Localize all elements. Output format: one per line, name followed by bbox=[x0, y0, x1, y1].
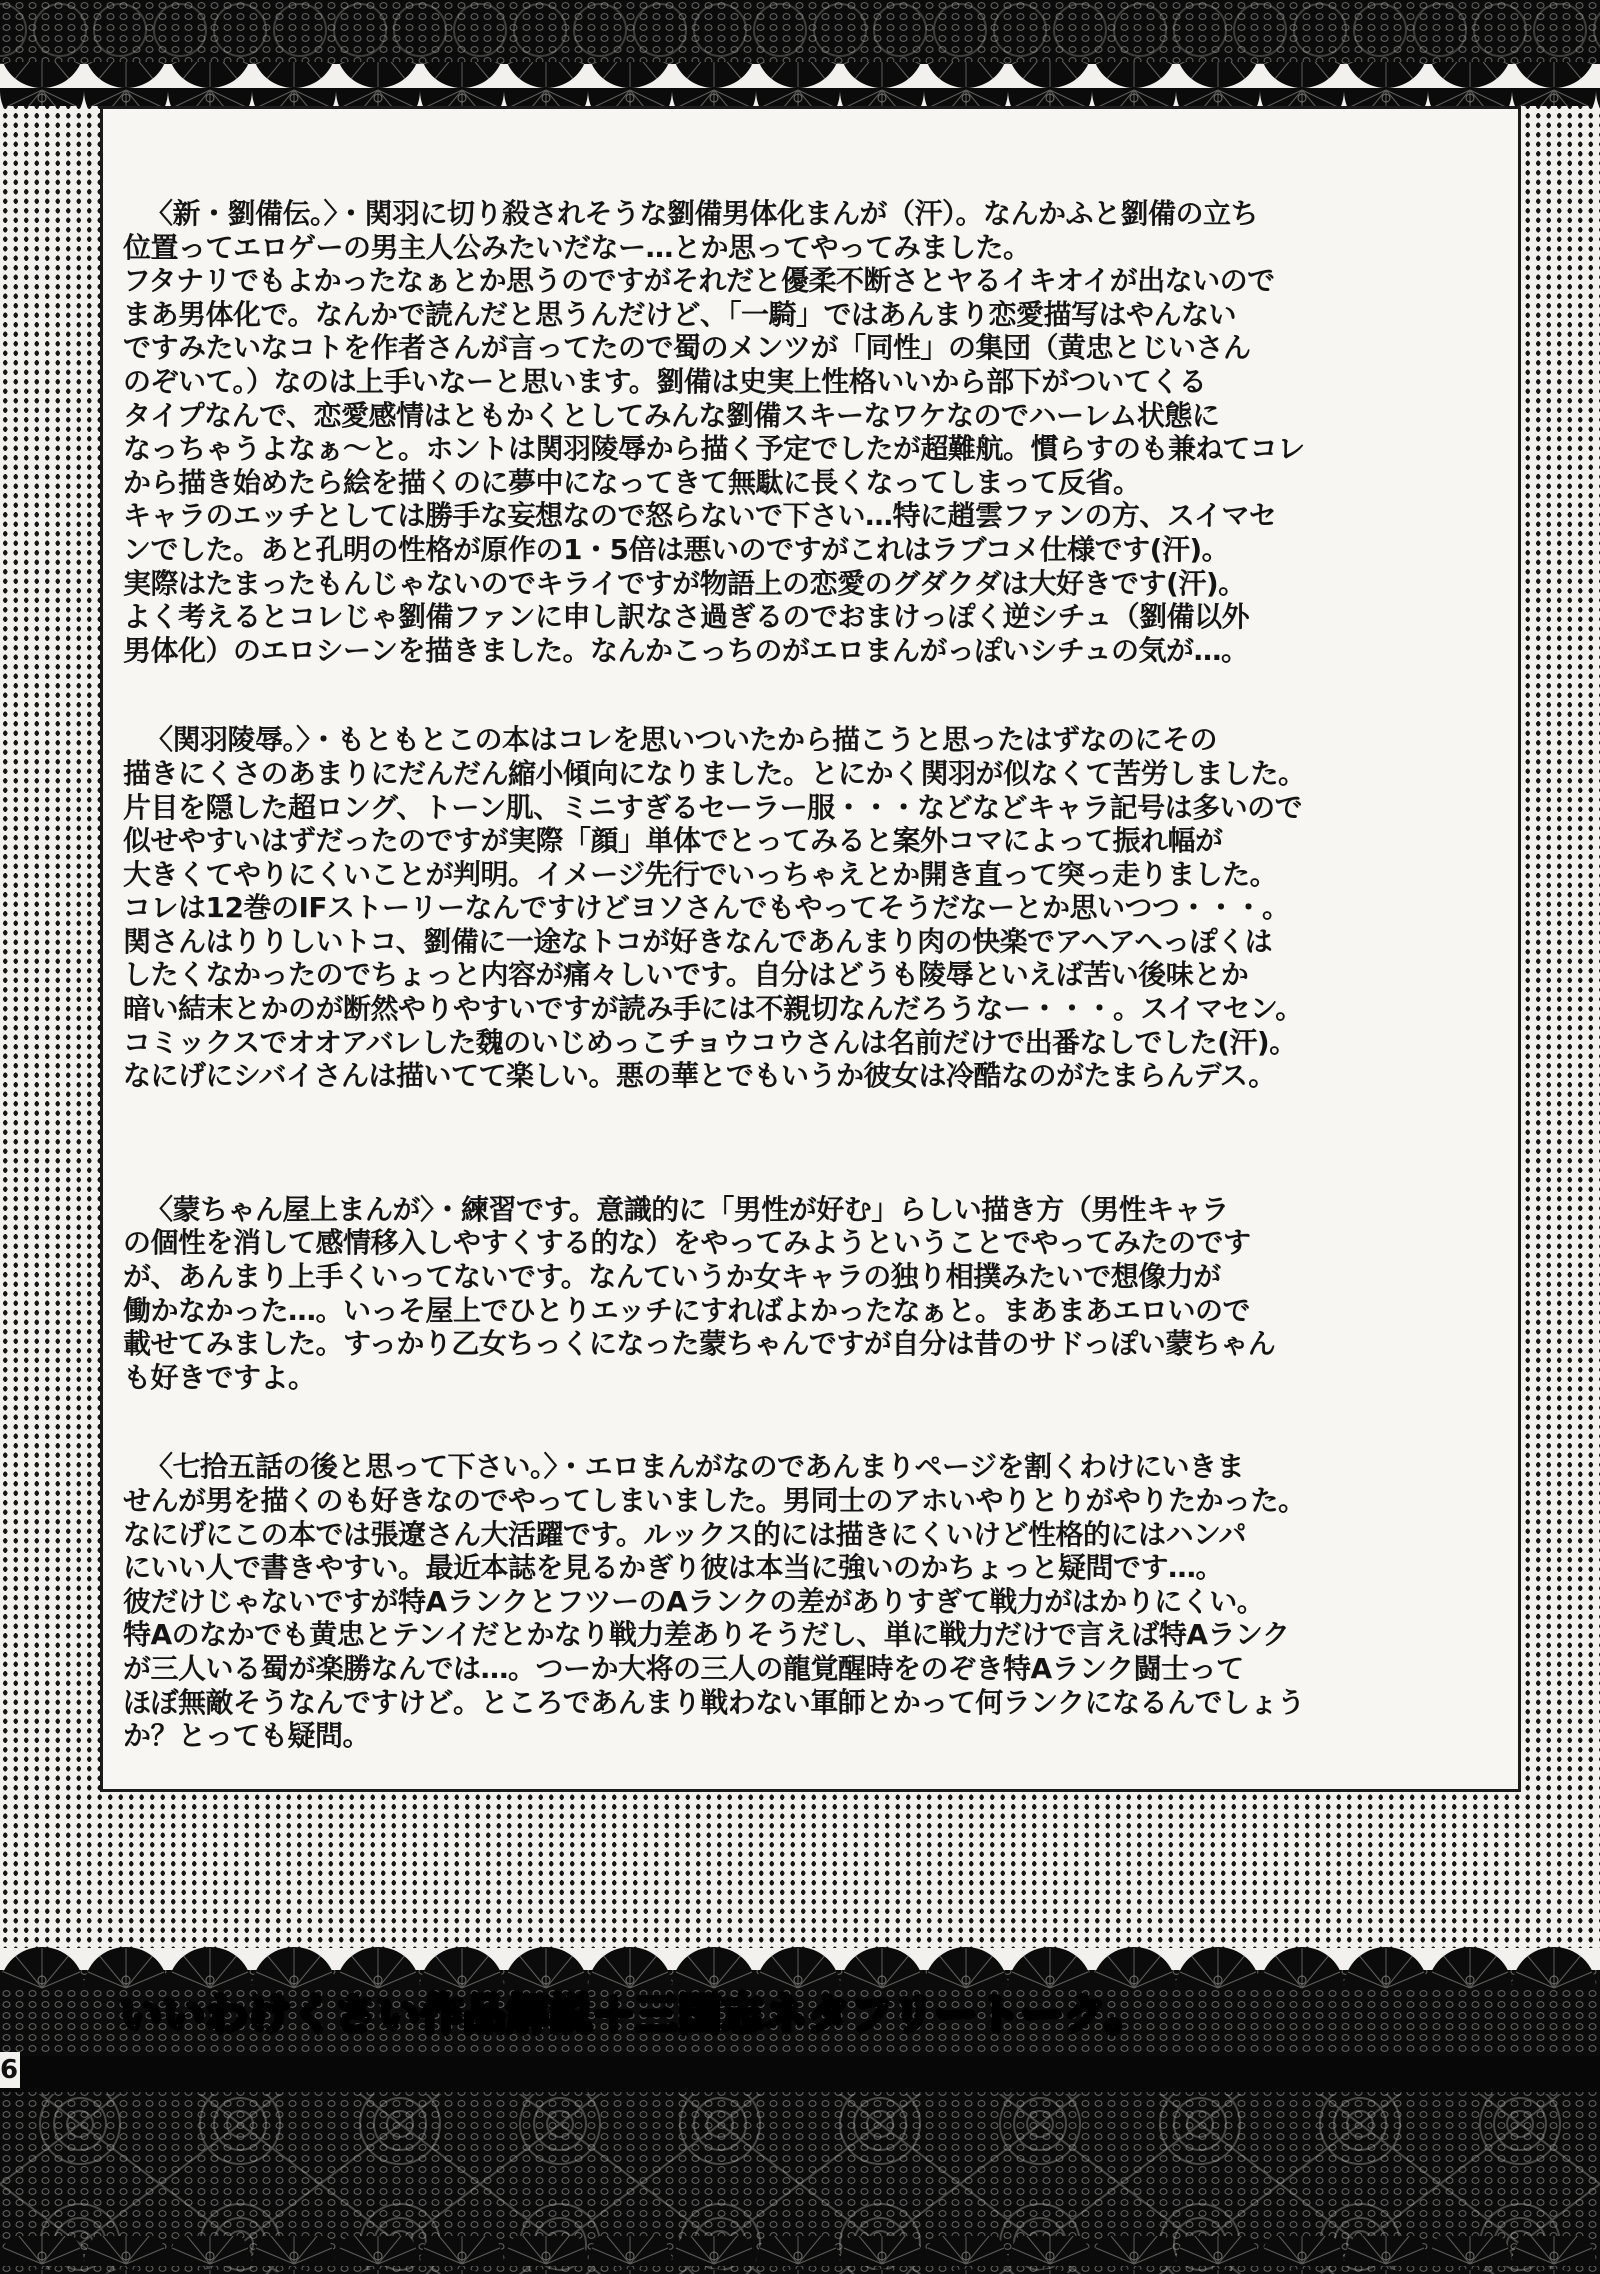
text-line: の個性を消して感情移入しやすくする的な）をやってみようということでやってみたので… bbox=[123, 1226, 1502, 1260]
text-line: ンでした。あと孔明の性格が原作の1・5倍は悪いのですがこれはラブコメ仕様です(汗… bbox=[123, 533, 1502, 567]
text-line: 特Aのなかでも黄忠とテンイだとかなり戦力差ありそうだし、単に戦力だけで言えば特A… bbox=[123, 1618, 1502, 1652]
commentary-text: 〈新・劉備伝。〉・関羽に切り殺されそうな劉備男体化まんが（汗）。なんかふと劉備の… bbox=[123, 197, 1502, 1753]
text-line: よく考えるとコレじゃ劉備ファンに申し訳なさ過ぎるのでおまけっぽく逆シチュ（劉備以… bbox=[123, 600, 1502, 634]
top-lace-border bbox=[0, 0, 1600, 106]
text-line: なっちゃうよなぁ～と。ホントは関羽陵辱から描く予定でしたが超難航。慣らすのも兼ね… bbox=[123, 432, 1502, 466]
text-line: なにげにこの本では張遼さん大活躍です。ルックス的には描きにくいけど性格的にはハン… bbox=[123, 1518, 1502, 1552]
text-line: 片目を隠した超ロング、トーン肌、ミニすぎるセーラー服・・・などなどキャラ記号は多… bbox=[123, 791, 1502, 825]
page-number: 6 bbox=[0, 2052, 20, 2088]
text-line: 似せやすいはずだったのですが実際「顔」単体でとってみると案外コマによって振れ幅が bbox=[123, 824, 1502, 858]
text-line: が三人いる蜀が楽勝なんでは…。つーか大将の三人の龍覚醒時をのぞき特Aランク闘士っ… bbox=[123, 1652, 1502, 1686]
text-line: にいい人で書きやすい。最近本誌を見るかぎり彼は本当に強いのかちょっと疑問です…。 bbox=[123, 1551, 1502, 1585]
text-line: のぞいて。）なのは上手いなーと思います。劉備は史実上性格いいから部下がついてくる bbox=[123, 365, 1502, 399]
text-line: 暗い結末とかのが断然やりやすいですが読み手には不親切なんだろうなー・・・。スイマ… bbox=[123, 992, 1502, 1026]
text-line: まあ男体化で。なんかで読んだと思うんだけど、「一騎」ではあんまり恋愛描写はやんな… bbox=[123, 298, 1502, 332]
text-line: 〈新・劉備伝。〉・関羽に切り殺されそうな劉備男体化まんが（汗）。なんかふと劉備の… bbox=[123, 197, 1502, 231]
commentary-box: 〈新・劉備伝。〉・関羽に切り殺されそうな劉備男体化まんが（汗）。なんかふと劉備の… bbox=[100, 106, 1521, 1792]
text-line: ですみたいなコトを作者さんが言ってたので蜀のメンツが「同性」の集団（黄忠とじいさ… bbox=[123, 331, 1502, 365]
text-line: 大きくてやりにくいことが判明。イメージ先行でいっちゃえとか開き直って突っ走りまし… bbox=[123, 858, 1502, 892]
text-line: タイプなんで、恋愛感情はともかくとしてみんな劉備スキーなワケなのでハーレム状態に bbox=[123, 399, 1502, 433]
paragraph: 〈七拾五話の後と思って下さい。〉・エロまんがなのであんまりページを割くわけにいき… bbox=[123, 1450, 1502, 1752]
text-line: 描きにくさのあまりにだんだん縮小傾向になりました。とにかく関羽が似なくて苦労しま… bbox=[123, 757, 1502, 791]
text-line: 〈七拾五話の後と思って下さい。〉・エロまんがなのであんまりページを割くわけにいき… bbox=[123, 1450, 1502, 1484]
scanned-doujinshi-afterword-page: 〈新・劉備伝。〉・関羽に切り殺されそうな劉備男体化まんが（汗）。なんかふと劉備の… bbox=[0, 0, 1600, 2274]
text-line: したくなかったのでちょっと内容が痛々しいです。自分はどうも陵辱といえば苦い後味と… bbox=[123, 958, 1502, 992]
text-line: なにげにシバイさんは描いてて楽しい。悪の華とでもいうか彼女は冷酷なのがたまらんデ… bbox=[123, 1059, 1502, 1093]
text-line: コミックスでオオアバレした魏のいじめっこチョウコウさんは名前だけで出番なしでした… bbox=[123, 1026, 1502, 1060]
text-line: が、あんまり上手くいってないです。なんていうか女キャラの独り相撲みたいで想像力が bbox=[123, 1260, 1502, 1294]
text-line: 働かなかった…。いっそ屋上でひとりエッチにすればよかったなぁと。まあまあエロいの… bbox=[123, 1294, 1502, 1328]
text-line: せんが男を描くのも好きなのでやってしまいました。男同士のアホいやりとりがやりたか… bbox=[123, 1484, 1502, 1518]
text-line: も好きですよ。 bbox=[123, 1361, 1502, 1395]
text-line: から描き始めたら絵を描くのに夢中になってきて無駄に長くなってしまって反省。 bbox=[123, 466, 1502, 500]
text-line: 載せてみました。すっかり乙女ちっくになった蒙ちゃんですが自分は昔のサドっぽい蒙ち… bbox=[123, 1327, 1502, 1361]
footer-title: いいわけくさい作品解説＋三国志ネタフリートーク。 bbox=[0, 1982, 1268, 2042]
text-line: 彼だけじゃないですが特AランクとフツーのAランクの差がありすぎて戦力がはかりにく… bbox=[123, 1585, 1502, 1619]
text-line: 〈関羽陵辱。〉・もともとこの本はコレを思いついたから描こうと思ったはずなのにその bbox=[123, 723, 1502, 757]
text-line: キャラのエッチとしては勝手な妄想なので怒らないで下さい…特に趙雲ファンの方、スイ… bbox=[123, 499, 1502, 533]
text-line: コレは12巻のIFストーリーなんですけどヨソさんでもやってそうだなーとか思いつつ… bbox=[123, 891, 1502, 925]
text-line: 位置ってエロゲーの男主人公みたいだなー…とか思ってやってみました。 bbox=[123, 231, 1502, 265]
paragraph: 〈関羽陵辱。〉・もともとこの本はコレを思いついたから描こうと思ったはずなのにその… bbox=[123, 723, 1502, 1093]
text-line: ほぼ無敵そうなんですけど。ところであんまり戦わない軍師とかって何ランクになるんで… bbox=[123, 1686, 1502, 1720]
paragraph: 〈蒙ちゃん屋上まんが〉・練習です。意識的に「男性が好む」らしい描き方（男性キャラ… bbox=[123, 1193, 1502, 1395]
text-line: 男体化）のエロシーンを描きました。なんかこっちのがエロまんがっぽいシチュの気が…… bbox=[123, 634, 1502, 668]
paragraph: 〈新・劉備伝。〉・関羽に切り殺されそうな劉備男体化まんが（汗）。なんかふと劉備の… bbox=[123, 197, 1502, 667]
text-line: 実際はたまったもんじゃないのでキライですが物語上の恋愛のグダクダは大好きです(汗… bbox=[123, 567, 1502, 601]
text-line: フタナリでもよかったなぁとか思うのですがそれだと優柔不断さとヤるイキオイが出ない… bbox=[123, 264, 1502, 298]
text-line: か？とっても疑問。 bbox=[123, 1719, 1502, 1753]
text-line: 関さんはりりしいトコ、劉備に一途なトコが好きなんであんまり肉の快楽でアヘアへっぽ… bbox=[123, 925, 1502, 959]
text-line: 〈蒙ちゃん屋上まんが〉・練習です。意識的に「男性が好む」らしい描き方（男性キャラ bbox=[123, 1193, 1502, 1227]
